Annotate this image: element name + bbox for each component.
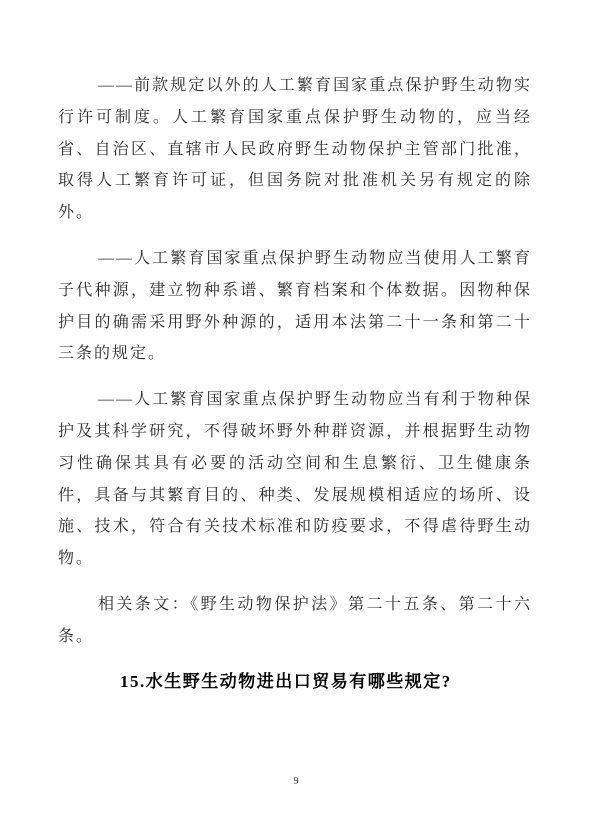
paragraph-breeding-stock-source: ——人工繁育国家重点保护野生动物应当使用人工繁育子代种源，建立物种系谱、繁育档案… <box>58 243 532 370</box>
page-content: ——前款规定以外的人工繁育国家重点保护野生动物实行许可制度。人工繁育国家重点保护… <box>58 70 532 697</box>
paragraph-breeding-conditions: ——人工繁育国家重点保护野生动物应当有利于物种保护及其科学研究，不得破坏野外种群… <box>58 384 532 575</box>
paragraph-artificial-breeding-permit: ——前款规定以外的人工繁育国家重点保护野生动物实行许可制度。人工繁育国家重点保护… <box>58 70 532 229</box>
document-page: ——前款规定以外的人工繁育国家重点保护野生动物实行许可制度。人工繁育国家重点保护… <box>0 0 592 837</box>
section-heading-question-15: 15.水生野生动物进出口贸易有哪些规定? <box>58 667 532 697</box>
page-number: 9 <box>0 776 592 788</box>
paragraph-related-articles: 相关条文：《野生动物保护法》第二十五条、第二十六条。 <box>58 589 532 653</box>
